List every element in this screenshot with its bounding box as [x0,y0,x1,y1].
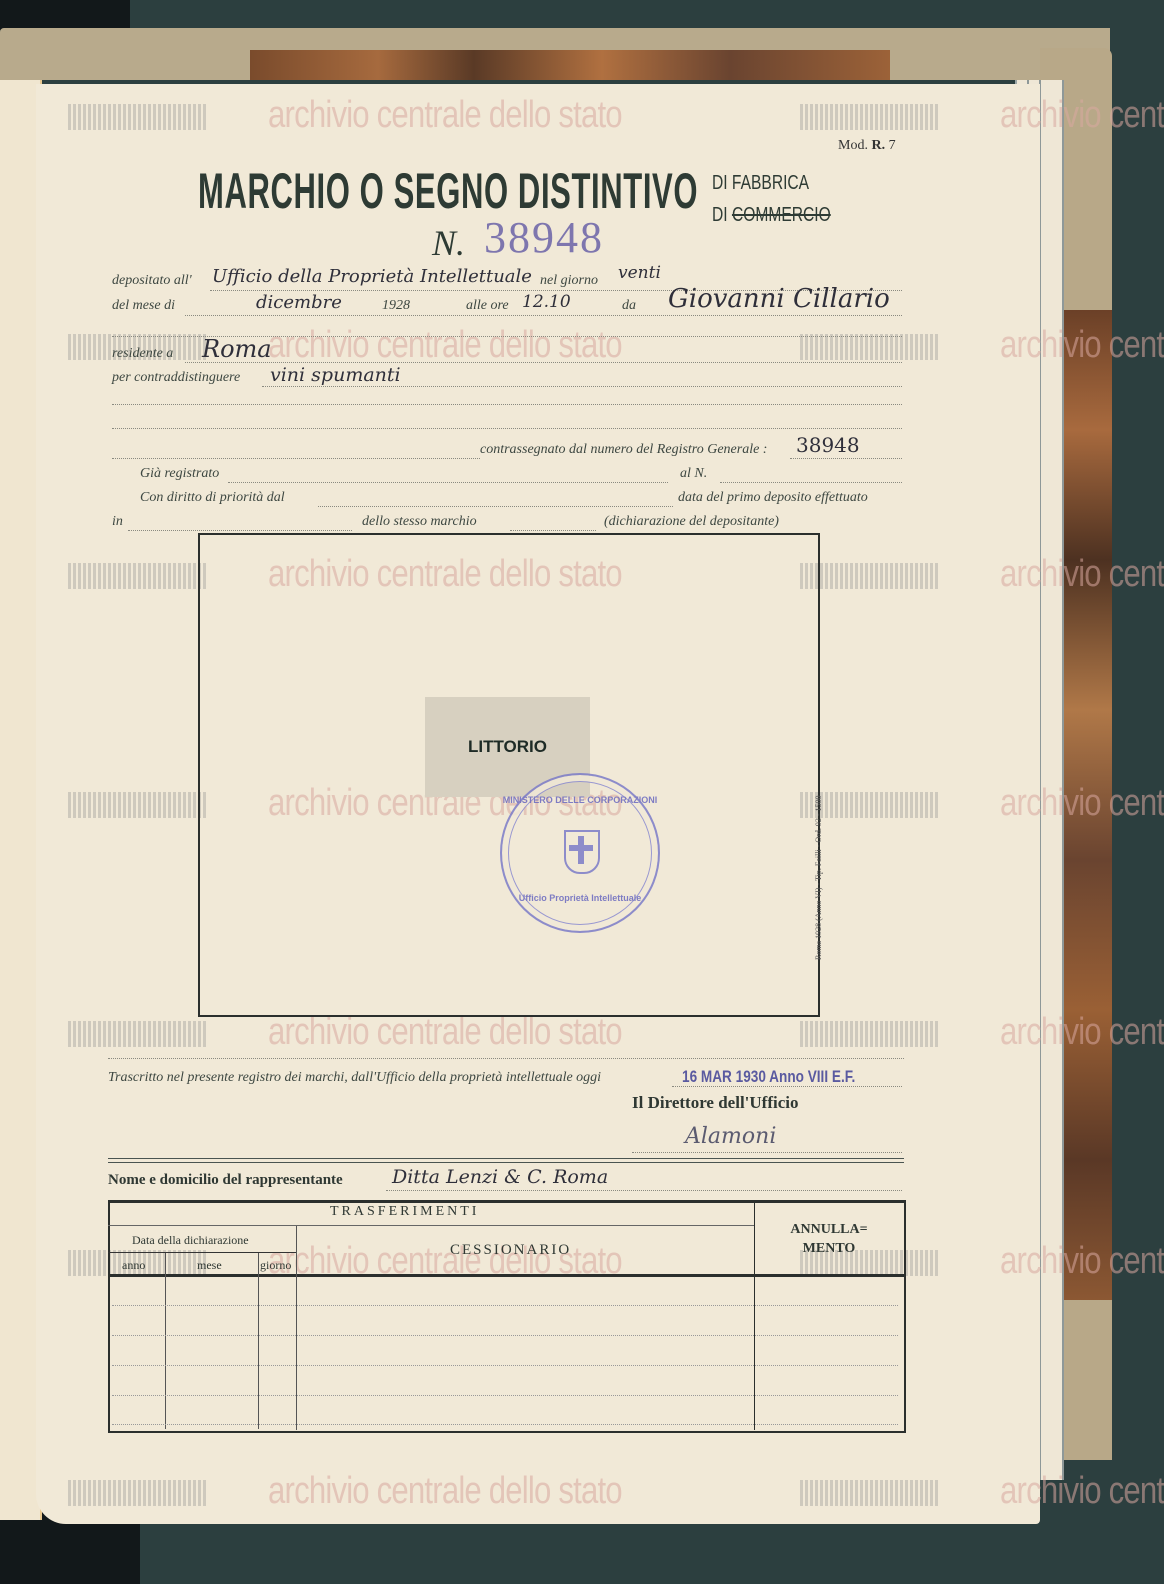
depositor-name: Giovanni Cillario [668,284,890,314]
mese-label: del mese di [112,298,175,314]
watermark-logo [800,563,940,589]
ore-value: 12.10 [522,292,571,312]
stesso-marchio-label: dello stesso marchio [362,514,477,530]
field-line [108,1058,904,1059]
col-giorno: giorno [260,1258,291,1273]
da-label: da [622,298,636,314]
watermark-text: archivio centrale dello stato [1000,1470,1164,1513]
director-signature: Alamoni [685,1124,776,1149]
field-line [228,482,668,483]
subtitle-prefix: DI [712,204,728,226]
table-divider [165,1253,166,1429]
depositato-label: depositato all' [112,273,192,289]
table-divider [296,1226,297,1430]
date-group-header: Data della dichiarazione [132,1233,249,1248]
annullamento-line-1: ANNULLA= [756,1220,902,1239]
col-anno: anno [122,1258,145,1273]
field-line [318,506,673,507]
subtitle-fabbrica: DI FABBRICA [712,172,809,195]
field-line [128,530,352,531]
primo-deposito-label: data del primo deposito effettuato [678,490,868,506]
mese-value: dicembre [256,292,342,313]
residente-value: Roma [202,335,272,363]
anno-value: 1928 [382,298,410,314]
watermark-logo [800,104,940,130]
watermark-text: archivio centrale dello stato [1000,324,1164,367]
trademark-name: LITTORIO [425,737,590,757]
number-label: N. [432,222,465,264]
table-divider [108,1252,296,1253]
field-line [112,404,902,405]
table-row [112,1365,898,1366]
goods-value: vini spumanti [270,364,401,386]
trasferimenti-header: TRASFERIMENTI [330,1204,479,1220]
marbled-cover-top [250,50,890,80]
field-line [185,315,902,316]
in-label: in [112,514,123,530]
field-line [262,386,902,387]
depositato-value: Ufficio della Proprietà Intellettuale [212,266,532,287]
table-divider [108,1225,754,1226]
watermark-logo [68,104,208,130]
watermark-logo [68,1480,208,1506]
signature-line [632,1152,902,1153]
annullamento-line-2: MENTO [756,1239,902,1258]
watermark-text: archivio centrale dello stato [1000,553,1164,596]
annullamento-header: ANNULLA= MENTO [756,1220,902,1258]
residente-label: residente a [112,346,173,362]
field-line [790,458,902,459]
stamp-top-text: MINISTERO DELLE CORPORAZIONI [502,795,658,805]
watermark-logo [68,563,208,589]
registro-label: contrassegnato dal numero del Registro G… [480,442,767,458]
al-n-label: al N. [680,466,707,482]
giorno-value: venti [618,263,661,283]
registro-value: 38948 [796,433,860,457]
table-divider [258,1253,259,1429]
contraddistinguere-label: per contraddistinguere [112,370,240,386]
representative-label: Nome e domicilio del rappresentante [108,1172,343,1189]
field-line [720,482,902,483]
field-line [185,362,902,363]
director-label: Il Direttore dell'Ufficio [632,1093,799,1113]
col-mese: mese [197,1258,222,1273]
priorita-label: Con diritto di priorità dal [140,490,285,506]
field-line [112,458,480,459]
table-header-rule [108,1274,904,1277]
watermark-logo [800,334,940,360]
representative-value: Ditta Lenzi & C. Roma [392,1166,608,1188]
watermark-text: archivio centrale dello stato [1000,1011,1164,1054]
watermark-text: archivio centrale dello stato [1000,1240,1164,1283]
subtitle-commercio: DI COMMERCIO [712,204,831,227]
giorno-label: nel giorno [540,273,598,289]
printer-note: Roma 1928 (Anno VI) - Tip. Failli - Ord.… [814,795,823,960]
table-row [112,1335,898,1336]
table-row [112,1305,898,1306]
field-line [386,1190,902,1191]
background-table [0,0,130,30]
dichiarazione-label: (dichiarazione del depositante) [604,514,779,530]
stamp-bottom-text: Ufficio Proprietà Intellettuale [502,893,658,903]
watermark-text: archivio centrale dello stato [1000,94,1164,137]
table-row [112,1424,898,1425]
watermark-logo [800,1021,940,1047]
watermark-text: archivio centrale dello stato [1000,782,1164,825]
watermark-text: archivio centrale dello stato [268,324,622,367]
form-title: MARCHIO O SEGNO DISTINTIVO [198,162,698,220]
section-divider [108,1158,904,1163]
model-code: Mod. R. 7 [838,138,896,154]
watermark-text: archivio centrale dello stato [268,1011,622,1054]
watermark-logo [800,1480,940,1506]
registration-number-stamp: 38948 [484,212,604,263]
transcription-date-stamp: 16 MAR 1930 Anno VIII E.F. [682,1067,855,1087]
gia-registrato-label: Già registrato [140,466,219,482]
watermark-logo [68,792,208,818]
model-number: 7 [889,138,896,153]
field-line [510,530,596,531]
transcription-label: Trascritto nel presente registro dei mar… [108,1070,601,1086]
subtitle-struck: COMMERCIO [732,204,831,226]
ore-label: alle ore [466,298,509,314]
watermark-text: archivio centrale dello stato [268,94,622,137]
table-row [112,1395,898,1396]
ministry-seal-stamp: MINISTERO DELLE CORPORAZIONI Ufficio Pro… [500,773,660,933]
watermark-logo [68,1021,208,1047]
savoy-cross-icon [564,830,600,874]
model-letter: R. [871,138,885,153]
cessionario-header: CESSIONARIO [450,1242,571,1259]
field-line [112,428,902,429]
watermark-text: archivio centrale dello stato [268,1470,622,1513]
model-code-label: Mod. [838,138,868,153]
